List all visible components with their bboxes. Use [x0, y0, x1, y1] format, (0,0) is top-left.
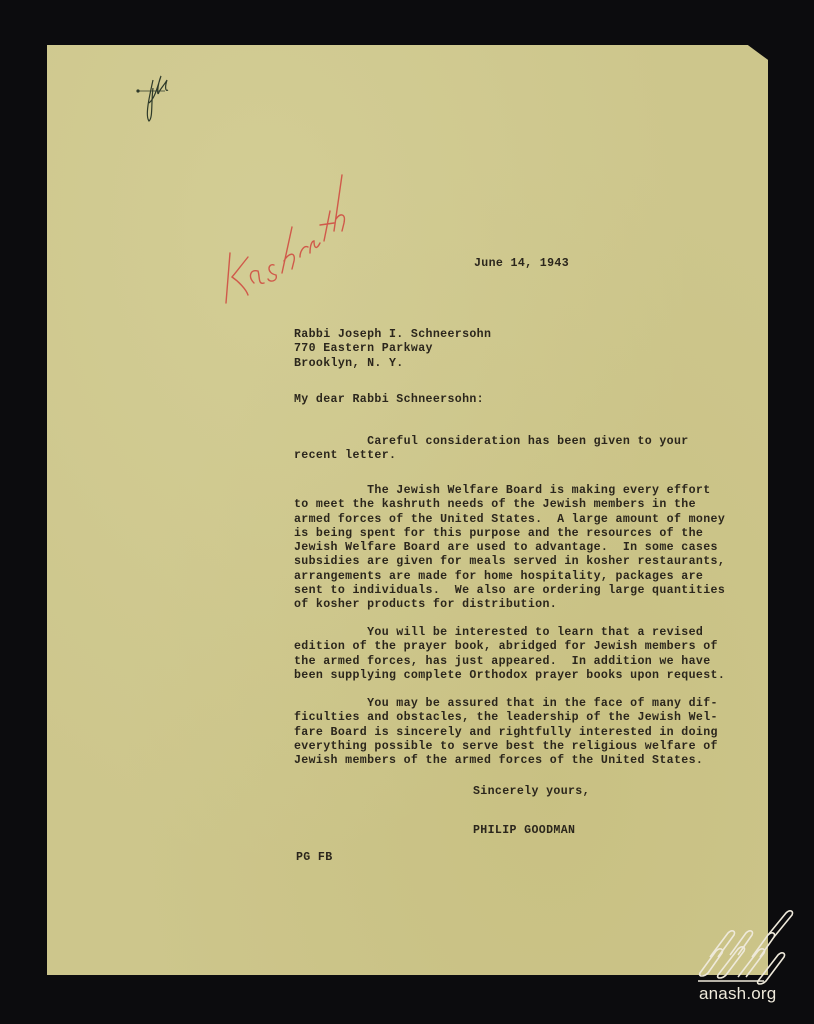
recipient-city: Brooklyn, N. Y. — [294, 357, 404, 370]
recipient-street: 770 Eastern Parkway — [294, 342, 433, 355]
handwritten-kashruth-note-icon — [218, 165, 348, 305]
recipient-address: Rabbi Joseph I. Schneersohn 770 Eastern … — [294, 328, 491, 371]
letter-date: June 14, 1943 — [474, 257, 569, 271]
handwritten-file-note-icon — [135, 58, 175, 128]
paragraph-3: You will be interested to learn that a r… — [294, 626, 725, 683]
watermark-text: anash.org — [699, 984, 776, 1004]
paragraph-1: Careful consideration has been given to … — [294, 435, 689, 464]
paragraph-4: You may be assured that in the face of m… — [294, 697, 718, 768]
closing: Sincerely yours, — [473, 785, 590, 799]
paragraph-2: The Jewish Welfare Board is making every… — [294, 484, 725, 613]
salutation: My dear Rabbi Schneersohn: — [294, 393, 484, 407]
typist-initials: PG FB — [296, 851, 333, 865]
signer-name: PHILIP GOODMAN — [473, 824, 575, 838]
recipient-name: Rabbi Joseph I. Schneersohn — [294, 328, 491, 341]
